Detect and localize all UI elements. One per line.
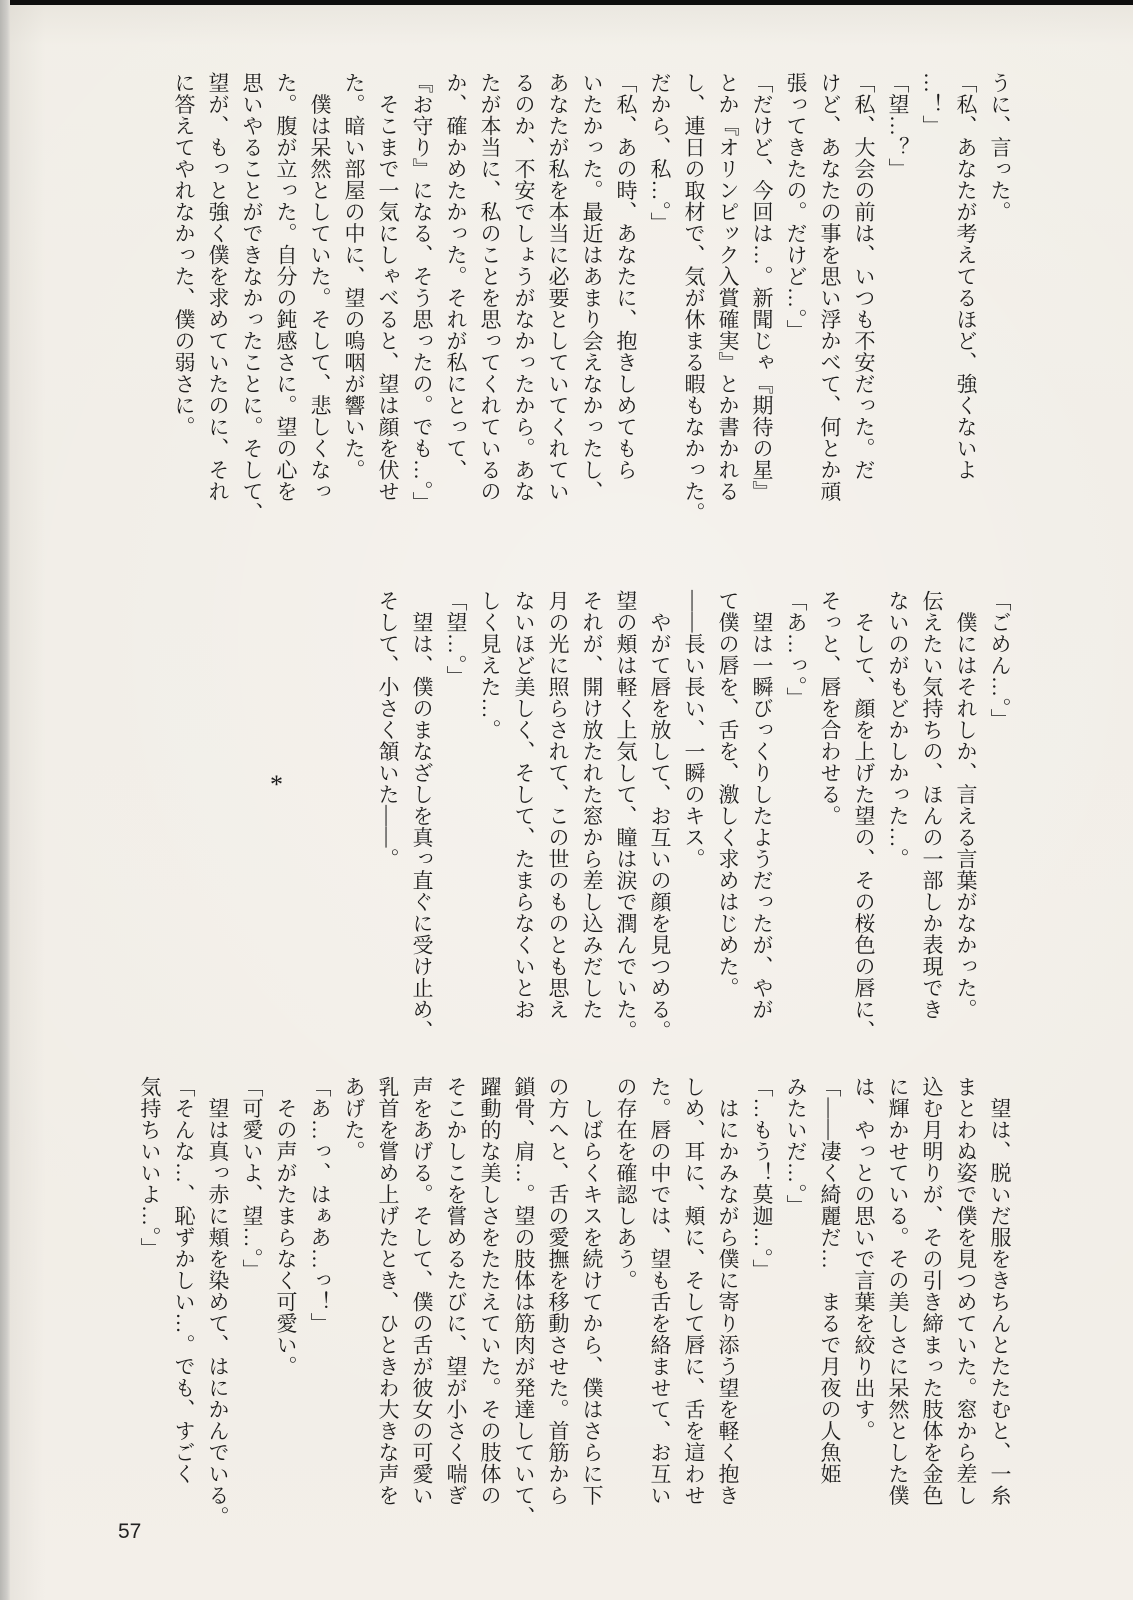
text-block-top: うに、言った。 「私、あなたが考えてるほど、強くないよ …！」 「望…？」 「私… [167, 72, 1017, 550]
section-divider-asterisk: * [270, 770, 283, 800]
page-number: 57 [118, 1520, 141, 1544]
scan-top-edge [0, 0, 1133, 5]
text-block-bottom: 望は、脱いだ服をきちんとたたむと、一糸 まとわぬ姿で僕を見つめていた。窓から差し… [133, 1076, 1017, 1554]
scan-left-gutter [0, 0, 10, 1600]
scanned-page: うに、言った。 「私、あなたが考えてるほど、強くないよ …！」 「望…？」 「私… [0, 0, 1133, 1600]
text-block-middle: 「ごめん…。」 僕にはそれしか、言える言葉がなかった。 伝えたい気持ちの、ほんの… [371, 590, 1017, 1068]
